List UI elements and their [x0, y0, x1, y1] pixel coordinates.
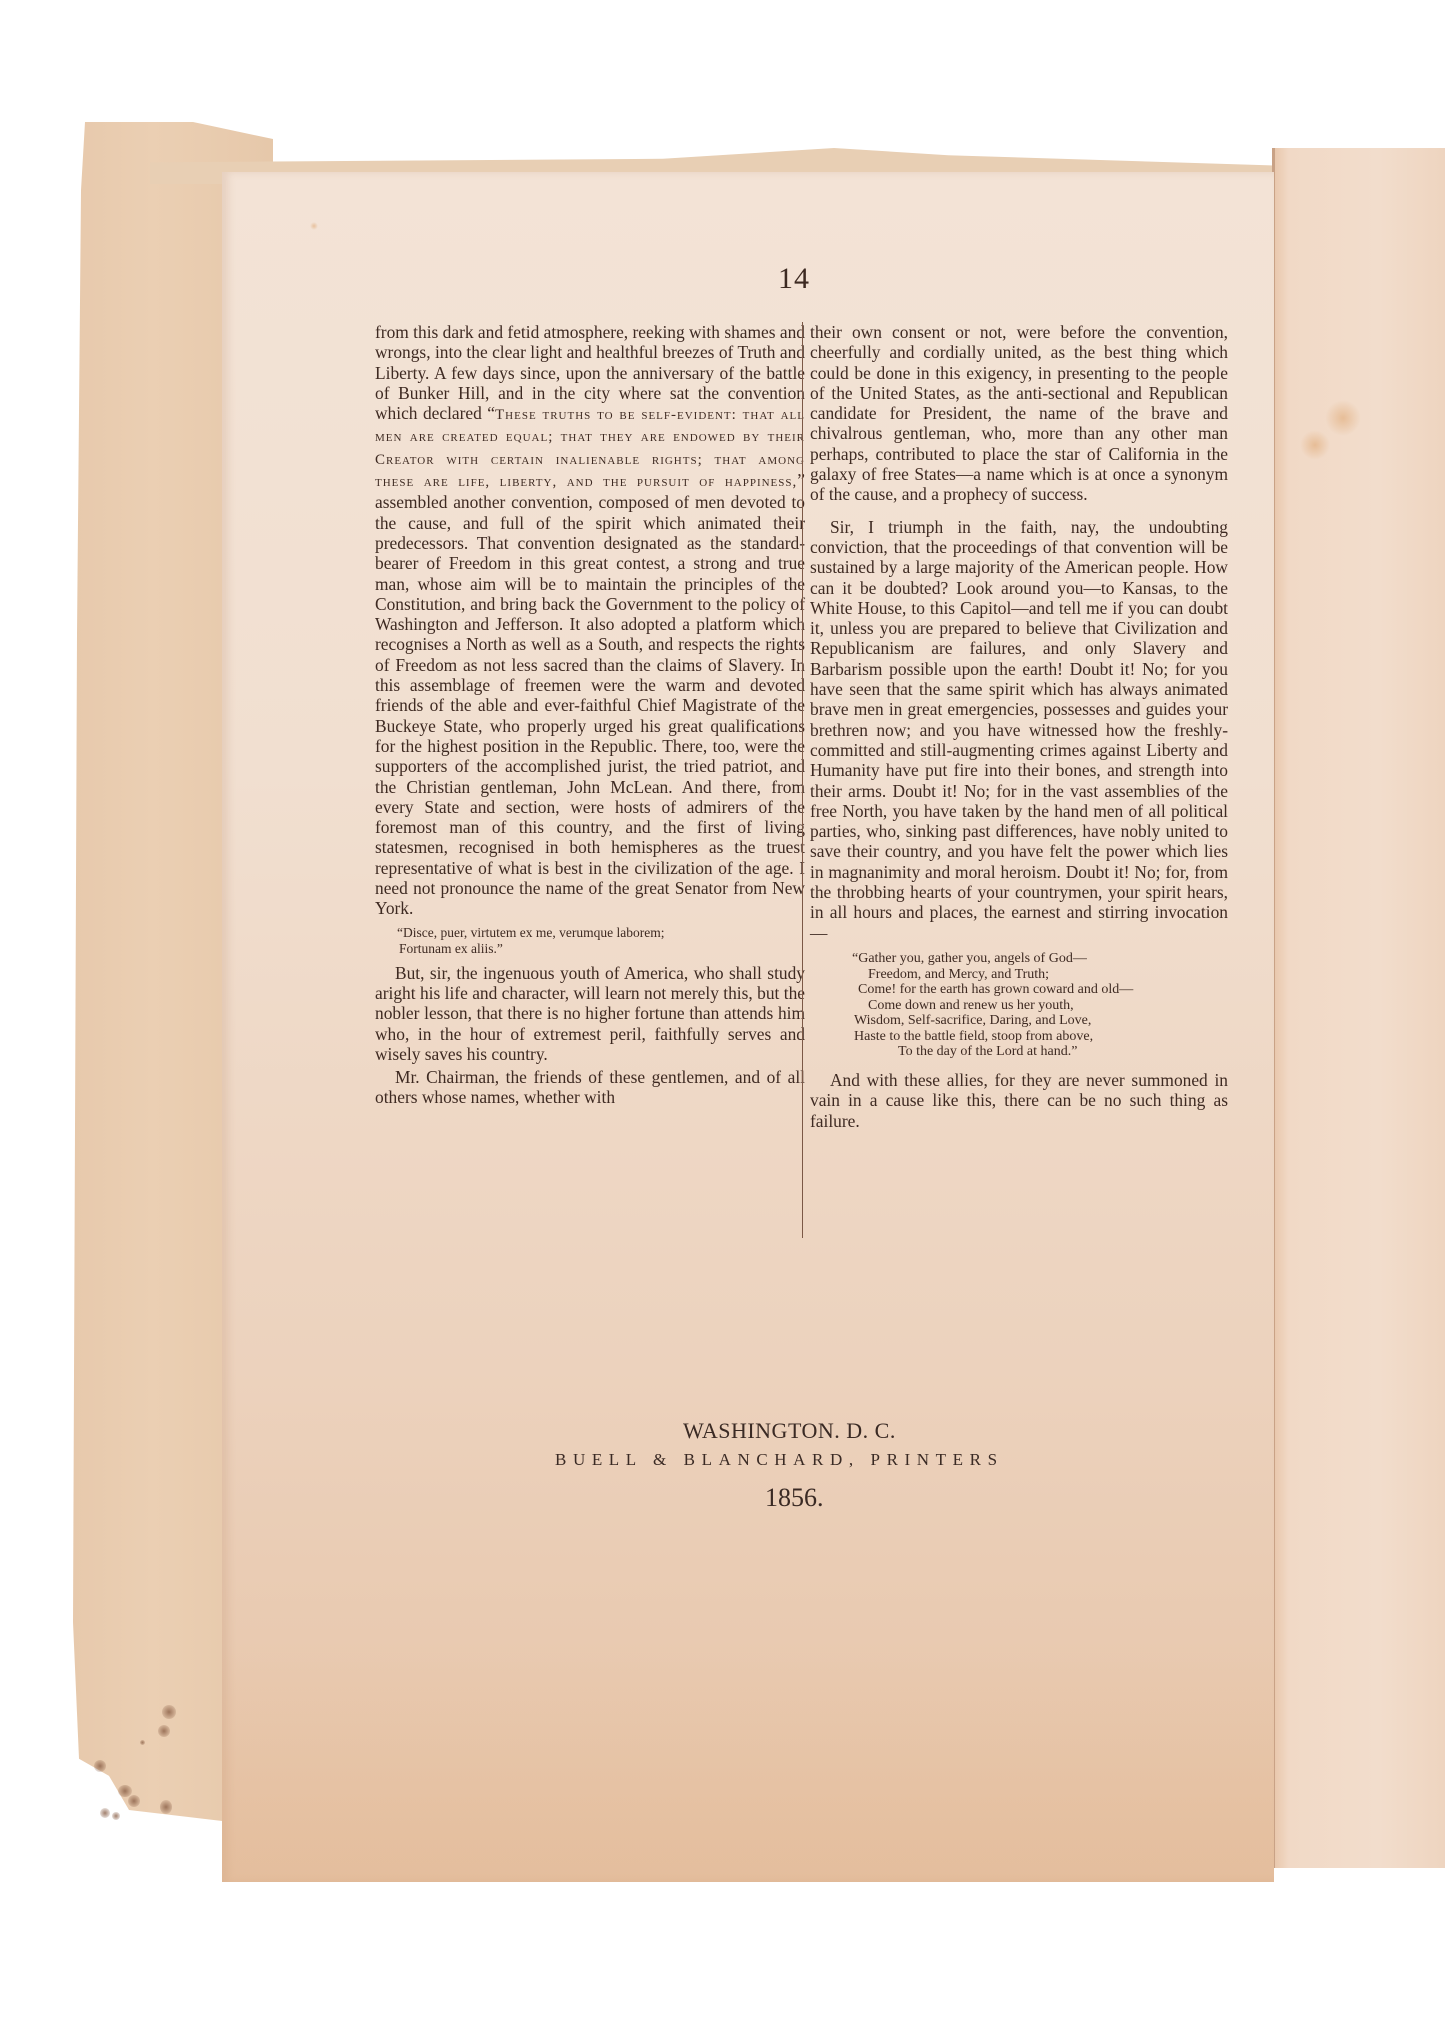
stain-spot — [310, 222, 318, 230]
paragraph: Mr. Chairman, the friends of these gentl… — [375, 1067, 805, 1108]
imprint-printers: BUELL & BLANCHARD, PRINTERS — [555, 1450, 1004, 1470]
foxing-spot — [140, 1740, 145, 1745]
foxing-spot — [162, 1705, 176, 1719]
paragraph: And with these allies, for they are neve… — [810, 1070, 1228, 1131]
foxing-spot — [94, 1760, 106, 1772]
paragraph: Sir, I triumph in the faith, nay, the un… — [810, 517, 1228, 943]
foxing-spot — [100, 1808, 110, 1818]
poem-quotation: “Gather you, gather you, angels of God— … — [810, 951, 1228, 1060]
poem-line: “Gather you, gather you, angels of God— — [810, 951, 1228, 967]
page-bottom-tint — [222, 1650, 1274, 1882]
text-column-left: from this dark and fetid atmosphere, ree… — [375, 322, 805, 1108]
column-divider — [802, 322, 803, 1238]
imprint-city: WASHINGTON. D. C. — [683, 1418, 896, 1444]
foxing-spot — [112, 1812, 120, 1820]
paragraph-text: ” assembled another convention, composed… — [375, 470, 805, 918]
page-number: 14 — [778, 262, 810, 296]
foxing-spot — [160, 1800, 172, 1814]
quote-line: Fortunam ex aliis.” — [397, 941, 805, 957]
poem-line: Come down and renew us her youth, — [810, 998, 1228, 1014]
paragraph: But, sir, the ingenuous youth of America… — [375, 963, 805, 1064]
poem-line: To the day of the Lord at hand.” — [810, 1044, 1228, 1060]
facing-page — [1272, 148, 1445, 1868]
poem-line: Haste to the battle field, stoop from ab… — [810, 1029, 1228, 1045]
poem-line: Wisdom, Self-sacrifice, Daring, and Love… — [810, 1013, 1228, 1029]
foxing-spot — [128, 1795, 140, 1807]
imprint-year: 1856. — [765, 1483, 824, 1513]
poem-line: Freedom, and Mercy, and Truth; — [810, 967, 1228, 983]
paragraph: their own consent or not, were before th… — [810, 322, 1228, 505]
quote-line: “Disce, puer, virtutem ex me, verumque l… — [397, 925, 805, 941]
paragraph: from this dark and fetid atmosphere, ree… — [375, 322, 805, 919]
document-photo: 14 from this dark and fetid atmosphere, … — [0, 0, 1445, 2023]
stain-spot — [1300, 430, 1330, 460]
text-column-right: their own consent or not, were before th… — [810, 322, 1228, 1131]
foxing-spot — [158, 1725, 170, 1737]
latin-quotation: “Disce, puer, virtutem ex me, verumque l… — [397, 925, 805, 957]
stain-spot — [1325, 400, 1361, 436]
poem-line: Come! for the earth has grown coward and… — [810, 982, 1228, 998]
